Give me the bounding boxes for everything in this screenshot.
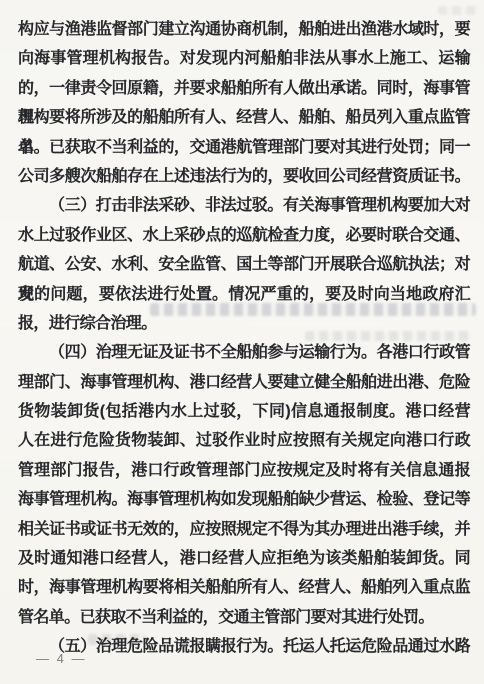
text-line: 管名单。已获取不当利益的，交通主管部门要对其进行处罚。 [18, 603, 470, 632]
text-line: 理部门、海事管理机构、港口经营人要建立健全船舶进出港、危险 [18, 368, 470, 397]
text-line: 货物装卸货(包括港内水上过驳，下同)信息通报制度。港口经营 [18, 397, 470, 426]
text-line: 报，进行综合治理。 [18, 309, 470, 338]
text-line: 水上过驳作业区、水上采砂点的巡航检查力度，必要时联合交通、 [18, 221, 470, 250]
text-line: 机构要将所涉及的船舶所有人、经营人、船舶、船员列入重点监管名 [18, 103, 470, 132]
text-line: 人在进行危险货物装卸、过驳作业时应按照有关规定向港口行政 [18, 426, 470, 455]
text-line: 公司多艘次船舶存在上述违法行为的，要收回公司经营资质证书。 [18, 162, 470, 191]
text-line: 现的问题，要依法进行处置。情况严重的，要及时向当地政府汇 [18, 280, 470, 309]
page-number: — 4 — [36, 651, 86, 666]
text-line: 航道、公安、水利、安全监管、国土等部门开展联合巡航执法；对发 [18, 250, 470, 279]
text-line: 向海事管理机构报告。对发现内河船舶非法从事水上施工、运输 [18, 44, 470, 73]
document-body: 构应与渔港监督部门建立沟通协商机制，船舶进出渔港水域时，要向海事管理机构报告。对… [18, 15, 470, 662]
text-line: 海事管理机构。海事管理机构如发现船舶缺少营运、检验、登记等 [18, 485, 470, 514]
text-line: 单。已获取不当利益的，交通港航管理部门要对其进行处罚；同一 [18, 133, 470, 162]
ink-bleedthrough [438, 6, 478, 15]
text-line: 管理部门报告，港口行政管理部门应按规定及时将有关信息通报 [18, 456, 470, 485]
text-line: 及时通知港口经营人，港口经营人应拒绝为该类船舶装卸货。同 [18, 544, 470, 573]
text-line: （四）治理无证及证书不全船舶参与运输行为。各港口行政管 [18, 338, 470, 367]
text-line: （三）打击非法采砂、非法过驳。有关海事管理机构要加大对 [18, 191, 470, 220]
text-line: 的，一律责令回原籍，并要求船舶所有人做出承诺。同时，海事管理 [18, 74, 470, 103]
scanned-document-page: 构应与渔港监督部门建立沟通协商机制，船舶进出渔港水域时，要向海事管理机构报告。对… [0, 0, 484, 684]
text-line: 相关证书或证书无效的，应按照规定不得为其办理进出港手续，并 [18, 515, 470, 544]
text-line: 时，海事管理机构要将相关船舶所有人、经营人、船舶列入重点监 [18, 573, 470, 602]
text-line: 构应与渔港监督部门建立沟通协商机制，船舶进出渔港水域时，要 [18, 15, 470, 44]
